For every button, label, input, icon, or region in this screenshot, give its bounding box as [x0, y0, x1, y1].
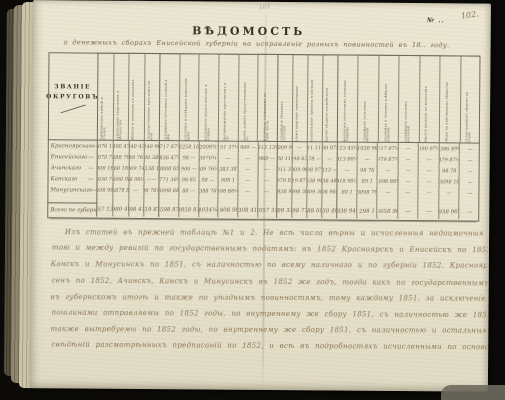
table-cell: 3098 76	[358, 187, 379, 198]
row-label: Канскаго—	[47, 173, 97, 184]
table-cell: 4098 77¾	[292, 204, 307, 218]
table-cell: 380 11½	[278, 153, 293, 164]
table-cell: 10980 49¾	[113, 203, 129, 217]
table-cell: —	[338, 164, 359, 175]
pencil-mark: 163	[258, 3, 271, 12]
handwritten-paragraph: Изъ статей въ прежней таблицѣ №1 и 2. Не…	[50, 224, 486, 355]
table-cell: 908 1	[218, 174, 238, 185]
column-header: На сборы по приговорамъ обществъ	[440, 56, 461, 142]
column-header: На содержаніе сельскихъ управленій	[358, 56, 379, 143]
table-cell: 2076 16	[98, 141, 114, 152]
column-header: На наемъ домовъ присутственныхъ мѣстъ	[238, 55, 259, 141]
table-cell: 900 —	[179, 163, 199, 174]
table-cell: 298 1	[358, 205, 379, 219]
column-group-headers: На содержаніе почтовыхъ станцій и гоньбы…	[160, 54, 278, 141]
column-header: На мірскіе расходы по волостямъ	[419, 56, 440, 142]
table-cell: 4098 63½	[293, 153, 308, 164]
table-cell: 313 —	[323, 164, 337, 175]
table-cell: —	[258, 186, 277, 197]
column-group-cells: 3030 763090 9888 98¼——	[97, 174, 159, 185]
table-cell: 390 97¼	[323, 142, 337, 153]
column-group-cells: 2076 16390 47540 43240 96	[98, 141, 160, 152]
table-cell: 908 16	[98, 163, 114, 174]
table-cell: —	[378, 187, 399, 198]
column-group-cells: 1070 76588 7688 76800 38¼	[98, 152, 160, 163]
row-label: Енисейскаго—	[48, 151, 98, 162]
table-cell: 308 41	[238, 204, 258, 218]
column-header: На жалованье служащимъ по земской части	[258, 55, 278, 141]
table-cell: 111 11¼	[308, 142, 323, 153]
row-label: Красноярскаго—	[48, 140, 98, 151]
column-group: Внутреннихъ.На жалованье волостнымъ голо…	[338, 54, 481, 142]
table-totals-row: Всего по губерніи—7957 13½10980 49¾898 4…	[47, 202, 479, 219]
table-cell: 1011 3¼	[278, 164, 293, 175]
table-cell: —	[460, 205, 480, 219]
table-cell: 2258 18	[179, 141, 199, 152]
column-header: Съ государственныхъ крестьянъ по ревизіи	[144, 54, 159, 140]
column-header: На канцелярскіе припасы и расходы	[308, 55, 324, 141]
table-cell: 117 87½	[379, 143, 400, 154]
column-header: На содержаніе сельскихъ засѣдателей	[399, 56, 420, 143]
table-cell: 900 —	[238, 142, 258, 153]
table-cell: —	[238, 164, 258, 175]
table-cell: 8099 33¼	[277, 204, 292, 218]
table-cell: —	[439, 187, 460, 198]
column-header: На исправленіе дорогъ мостовъ и переправ…	[199, 54, 220, 141]
table-cell: 383 38	[219, 163, 239, 174]
table-cell: 3030 76	[97, 174, 113, 185]
table-cell: 4771 38¼	[159, 174, 179, 185]
column-group-headers: На жалованье волостнымъ головамъ и писар…	[338, 55, 481, 142]
page-number: 102.	[460, 9, 479, 20]
table-cell: —	[358, 154, 379, 165]
row-label: Минусинскаго—	[47, 184, 97, 195]
table-cell: 88 98¼	[128, 174, 144, 185]
table-cell: —	[238, 186, 258, 197]
column-group-cells: 7957 13½10980 49¾898 411919 87¼	[97, 203, 159, 217]
column-group-headers: Съ помѣщичьихъ имѣній и крестьянъСъ купе…	[98, 54, 160, 140]
table-cell: —	[460, 143, 480, 154]
table-cell: 240 96	[144, 141, 159, 152]
table-cell: 390 47	[113, 141, 129, 152]
table-cell: 390 97¼	[419, 143, 440, 154]
handwritten-line: Канскъ и Минусинскъ по 1851, съ наличнос…	[51, 257, 487, 275]
table-cell: 1808 98	[218, 203, 238, 217]
column-header: Съ помѣщичьихъ имѣній и крестьянъ	[98, 54, 114, 140]
column-header: На прочія уѣздныя потребности	[323, 55, 338, 141]
column-header: На содержаніе уѣздныхъ присутствій	[278, 55, 294, 141]
table-cell: 1919 87¼	[144, 203, 159, 217]
column-group: Государственныхъ.Съ помѣщичьихъ имѣній и…	[98, 53, 161, 140]
table-cell: 3090 98	[113, 174, 129, 185]
row-label: Всего по губерніи—	[47, 202, 97, 216]
table-cell: 638 98	[307, 175, 322, 186]
table-cell: 151 37¼	[219, 141, 239, 152]
table-header-row: ЗВАНІЕОКРУГОВЪГосударственныхъ.Съ помѣщи…	[48, 52, 481, 143]
table-cell: 98 —	[179, 152, 199, 163]
table-cell: 98 76	[358, 165, 379, 176]
column-header: Итого внутреннихъ сборовъ по округамъ	[460, 56, 480, 142]
table-cell: 98 78¼	[144, 185, 159, 196]
column-header: Съ мѣщанъ и цеховыхъ по окладамъ	[129, 54, 145, 140]
table-cell: —	[460, 165, 480, 176]
table-cell: 540 43	[129, 141, 145, 152]
table-cell: 1313 13¼	[258, 142, 277, 153]
table-cell: 88 —	[179, 185, 199, 196]
table-cell: 879 87½	[440, 154, 461, 165]
table-cell: 918 98½	[337, 175, 358, 186]
table-cell: 908 98¼	[322, 186, 336, 197]
column-group-cells: 5938 94¾298 15058 90——5938 96¼—	[337, 204, 479, 219]
table-cell: 5938 96¼	[439, 205, 460, 219]
table-cell: —	[460, 187, 480, 198]
table-cell: —	[378, 165, 399, 176]
table-cell: 1038 96	[358, 143, 379, 154]
column-group: Губернскихъ.На содержаніе почтовыхъ стан…	[160, 53, 279, 141]
column-group-cells: 908 1668 18909 74138 1	[98, 163, 160, 174]
table-cell: —	[460, 154, 480, 165]
scanner-corner-artifact	[441, 385, 505, 400]
table-cell: 1070 76	[98, 152, 114, 163]
table-cell: —	[128, 185, 144, 196]
table-cell: —	[258, 175, 277, 186]
table-cell: 979 87¾	[378, 154, 399, 165]
table-cell: 3858 81	[179, 203, 199, 217]
column-group-cells: 8099 33¼4098 77¾6088 60¼2030 40¼	[277, 204, 337, 218]
column-header: На содержаніе почтовыхъ станцій и гоньбы	[160, 54, 180, 141]
table-cell: 3098 18	[440, 176, 461, 187]
column-header: На постройку и починку хлѣбныхъ магазино…	[378, 56, 399, 143]
document-title: ВѢДОМОСТЬ	[33, 23, 465, 39]
table-cell: 2008¾	[199, 141, 219, 152]
table-cell: —	[460, 176, 480, 187]
column-group-cells: 380 11½4098 63½78 ——	[278, 153, 338, 164]
table-cell: 4386 89½	[440, 143, 461, 154]
table-cell: 123 45½	[338, 142, 359, 153]
column-group-headers: На содержаніе уѣздныхъ присутствійНа нае…	[278, 55, 338, 141]
table-cell: —	[258, 164, 277, 175]
column-group-cells: 1979 8¼919 87½638 9838 48	[277, 175, 337, 186]
table-cell: 960 —	[258, 153, 277, 164]
row-label: Ачинскаго—	[48, 162, 98, 173]
table-cell: 98 78	[440, 165, 461, 176]
column-header: Съ купеческихъ капиталовъ и свидѣтельств…	[113, 54, 129, 140]
column-group-cells: 918 98½89 13098 88¼——3098 18—	[337, 175, 479, 187]
table-cell: —	[238, 175, 258, 186]
table-cell: 98 —	[199, 174, 219, 185]
table-cell: 3098 88¼	[378, 176, 399, 187]
column-group-cells: 89 13098 76—————	[337, 186, 479, 198]
table-cell: 3098 88	[159, 185, 179, 196]
table-cell: 598 98	[97, 185, 113, 196]
table-cell: 138 1	[144, 163, 159, 174]
table-cell: —	[399, 187, 420, 198]
table-cell: 1979 8¼	[277, 175, 292, 186]
table-cell: 3938 98	[277, 186, 292, 197]
table-cell: 1009 90	[278, 142, 293, 153]
number-label: № ..	[427, 16, 445, 24]
table-cell: 588 76	[113, 152, 129, 163]
table-cell: —	[419, 187, 440, 198]
column-group: Уѣздныхъ.На содержаніе уѣздныхъ присутст…	[278, 54, 339, 141]
scanned-ledger-page: 163 № .. 102. ВѢДОМОСТЬ о денежныхъ сбор…	[0, 0, 505, 400]
table-cell: 1717 87½	[160, 141, 180, 152]
table-cell: 7957 13½	[97, 203, 113, 217]
table-cell: —	[399, 165, 420, 176]
table-cell: —	[323, 153, 337, 164]
table-cell: —	[399, 176, 420, 187]
table-cell: 68 18	[113, 163, 129, 174]
column-group-cells: 1011 3¼909 96998 97½313 —	[278, 164, 338, 175]
table-cell: —	[419, 176, 440, 187]
flourish-line	[60, 104, 85, 113]
table-cell: 19598 87¼	[159, 203, 179, 217]
table-cell: —	[419, 154, 440, 165]
table-cell: 89 1	[337, 186, 358, 197]
column-header: На наемъ квартиръ чиновникамъ	[293, 55, 309, 141]
table-cell: 909 74	[129, 163, 145, 174]
table-cell: —	[399, 154, 420, 165]
table-cell: ——	[144, 174, 159, 185]
table-cell: 998 97½	[308, 164, 323, 175]
table-cell: 2030 40¼	[322, 204, 336, 218]
row-label-dash: —	[88, 176, 94, 182]
table-cell: 2057 31	[258, 204, 277, 218]
column-group-cells: 3938 98398 38309 38908 98¼	[277, 186, 337, 197]
table-cell: 89 1	[358, 176, 379, 187]
handwritten-line: свѣдѣній разсмотрѣнныхъ предписаній по 1…	[51, 337, 487, 356]
book-block: 163 № .. 102. ВѢДОМОСТЬ о денежныхъ сбор…	[2, 0, 495, 396]
table-cell: 800 38¼	[144, 152, 159, 163]
document-subtitle: о денежныхъ сборахъ Енисейской губерніи …	[63, 38, 451, 49]
table-cell: 309 38	[307, 186, 322, 197]
table-cell: 3070¾	[199, 152, 219, 163]
row-label-dash: —	[88, 154, 94, 160]
column-group-cells: 123 45½1038 96117 87½—390 97¼4386 89½—	[338, 142, 480, 154]
column-header: На жалованье волостнымъ головамъ и писар…	[338, 55, 359, 142]
table-cell: —	[219, 152, 239, 163]
column-header: На отопленіе и освѣщеніе воинскихъ казар…	[179, 54, 200, 141]
table-cell: 5878 8	[113, 185, 129, 196]
column-group-cells: 19598 87¼3858 814034¾1808 98308 412057 3…	[159, 203, 277, 218]
table-cell: 388 76	[199, 185, 219, 196]
table-cell: 919 87½	[292, 175, 307, 186]
table-cell: —	[419, 205, 440, 219]
table-cell: 3808 65	[160, 163, 180, 174]
table-cell: 88 76	[129, 152, 145, 163]
table-cell: 78 —	[308, 153, 323, 164]
table-cell: 98 85	[179, 174, 199, 185]
ledger-table: ЗВАНІЕОКРУГОВЪГосударственныхъ.Съ помѣщи…	[47, 52, 480, 221]
table-cell: 598 88¼	[218, 185, 238, 196]
table-cell: 898 41	[128, 203, 144, 217]
table-cell: —	[238, 153, 258, 164]
table-cell: —	[398, 205, 419, 219]
row-label-dash: —	[88, 165, 94, 171]
table-cell: —	[399, 143, 420, 154]
table-cell: 38 48	[322, 175, 336, 186]
row-header-cell: ЗВАНІЕОКРУГОВЪ	[48, 52, 99, 139]
table-cell: 5058 90	[378, 205, 399, 219]
table-cell: 5938 94¾	[337, 204, 358, 218]
table-cell: 6088 60¼	[307, 204, 322, 218]
column-group-cells: 813 88¼—979 87¾——879 87½—	[338, 153, 480, 165]
table-cell: 398 38	[292, 186, 307, 197]
table-cell: 909 96	[293, 164, 308, 175]
column-group-cells: 1009 90—111 11¼390 97¼	[278, 142, 338, 153]
column-header: На препровожденіе арестантовъ и этапы	[219, 55, 240, 141]
column-group-cells: 598 985878 8—98 78¼	[97, 185, 159, 196]
table-cell: —	[293, 142, 308, 153]
table-cell: 4034¾	[199, 203, 219, 217]
document-page: 163 № .. 102. ВѢДОМОСТЬ о денежныхъ сбор…	[30, 0, 491, 392]
table-cell: 609 76¼	[199, 163, 219, 174]
column-group-cells: —98 76———98 78—	[338, 164, 480, 176]
table-cell: —	[419, 165, 440, 176]
table-cell: 813 88¼	[338, 153, 359, 164]
table-cell: 5836 47¼	[160, 152, 180, 163]
